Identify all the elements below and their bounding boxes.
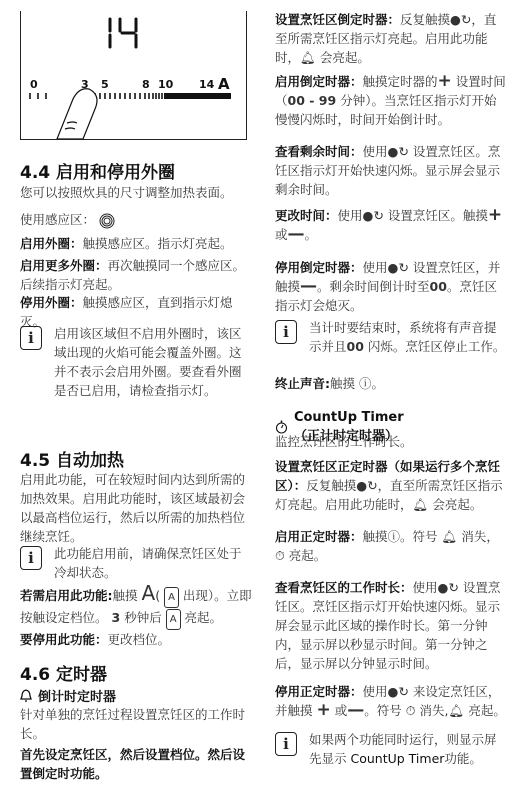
plus-icon: + <box>438 71 452 91</box>
s44-note: i 启用该区域但不启用外圈时，该区域出现的火焰可能会覆盖外圈。这并不表示会启用外… <box>20 324 252 400</box>
auto-heat-indicator-icon: A <box>164 587 179 608</box>
s44-intro: 您可以按照炊具的尺寸调整加热表面。 <box>20 183 252 202</box>
svg-text:10: 10 <box>158 78 174 91</box>
section-4-6-title: 4.6 定时器 <box>20 660 107 685</box>
s46-intro: 针对单独的烹饪过程设置烹饪区的工作时长。 <box>20 705 252 743</box>
info-icon: i <box>275 320 297 344</box>
countup-check: 查看烹饪区的工作时长：使用●↻ 设置烹饪区。烹饪区指示灯开始快速闪烁。显示屏会显… <box>275 578 507 673</box>
minus-icon: — <box>347 700 364 720</box>
zone-select-icon: ●↻ <box>388 144 409 159</box>
svg-text:14: 14 <box>199 78 215 91</box>
s45-note: i 此功能启用前，请确保烹饪区处于冷却状态。 <box>20 544 252 582</box>
bell-icon: 🔔︎ <box>442 529 458 544</box>
check-remaining: 查看剩余时间：使用●↻ 设置烹饪区。烹饪区指示灯开始快速闪烁。显示屏会显示剩余时… <box>275 142 507 199</box>
stopwatch-icon: ⏱︎ <box>275 548 285 563</box>
stop-icon: ⓘ <box>359 376 372 391</box>
stopwatch-icon: ⏱︎ <box>406 703 416 718</box>
s44-enable-outer: 启用外圈：触摸感应区。指示灯亮起。 <box>20 234 252 253</box>
display-illustration: 0 3 5 8 10 14 A <box>21 11 246 139</box>
bell-icon: 🔔︎ <box>448 703 464 718</box>
s45-intro: 启用此功能，可在较短时间内达到所需的加热效果。启用此功能时，该区域最初会以最高档… <box>20 470 252 546</box>
zone-select-icon: ●↻ <box>363 208 384 223</box>
plus-icon: + <box>488 205 502 225</box>
svg-text:5: 5 <box>101 78 109 91</box>
zone-select-icon: ●↻ <box>388 260 409 275</box>
countup-set: 设置烹饪区正定时器（如果运行多个烹饪区）：反复触摸●↻，直至所需烹饪区指示灯亮起… <box>275 457 507 514</box>
section-4-4-title: 4.4 启用和停用外圈 <box>20 158 175 183</box>
s45-enable: 若需启用此功能:触摸 A( A 出现）。立即按触设定档位。 3 秒钟后 A 亮起… <box>20 584 252 630</box>
countdown-subtitle: 倒计时定时器 <box>20 686 116 705</box>
s45-disable: 要停用此功能：更改档位。 <box>20 630 252 649</box>
auto-heat-indicator-icon: A <box>166 609 181 630</box>
svg-text:8: 8 <box>142 78 150 91</box>
svg-text:0: 0 <box>30 78 38 91</box>
zone-select-icon: ●↻ <box>388 684 409 699</box>
bell-icon <box>20 689 32 702</box>
control-panel-display: 0 3 5 8 10 14 A <box>20 11 247 140</box>
set-countdown: 设置烹饪区倒定时器：反复触摸●↻，直至所需烹饪区指示灯亮起。启用此功能时，🔔︎ … <box>275 10 507 67</box>
minus-icon: — <box>300 276 317 296</box>
outer-zone-icon <box>99 213 115 229</box>
zone-select-icon: ●↻ <box>438 580 459 595</box>
s46-bold-note: 首先设定烹饪区，然后设置档位。然后设置倒定时功能。 <box>20 745 252 783</box>
finger-icon <box>57 89 97 139</box>
auto-heat-a-icon: A <box>142 581 156 605</box>
stop-countdown: 停用倒定时器：使用●↻ 设置烹饪区，并触摸—。剩余时间倒计时至00。烹饪区指示灯… <box>275 258 507 315</box>
s44-use-zone: 使用感应区： <box>20 210 252 229</box>
enable-countdown: 启用倒定时器：触摸定时器的+ 设置时间（00 - 99 分钟）。当烹饪区指示灯开… <box>275 72 507 129</box>
countup-enable: 启用正定时器：触摸ⓘ。符号 🔔︎ 消失，⏱︎ 亮起。 <box>275 527 507 565</box>
zone-select-icon: ●↻ <box>356 478 377 493</box>
level-digits <box>110 19 136 47</box>
minus-icon: — <box>288 224 305 244</box>
bell-icon: 🔔︎ <box>413 497 429 512</box>
mute-sound: 终止声音:触摸 ⓘ。 <box>275 374 507 393</box>
svg-text:A: A <box>218 75 230 93</box>
info-icon: i <box>275 732 297 756</box>
countup-stop: 停用正定时器：使用●↻ 来设定烹饪区，并触摸 + 或—。符号 ⏱︎ 消失,🔔︎ … <box>275 682 507 720</box>
zone-select-icon: ●↻ <box>450 12 471 27</box>
countup-note: i 如果两个功能同时运行，则显示屏先显示 CountUp Timer功能。 <box>275 730 507 768</box>
plus-icon: + <box>317 700 331 720</box>
countdown-note: i 当计时要结束时，系统将有声音提示并且00 闪烁。烹饪区停止工作。 <box>275 318 507 356</box>
change-time: 更改时间：使用●↻ 设置烹饪区。触摸+或—。 <box>275 206 507 244</box>
bell-icon: 🔔︎ <box>300 50 316 65</box>
scale-bar <box>164 93 231 99</box>
info-icon: i <box>20 326 42 350</box>
s44-enable-more: 启用更多外圈：再次触摸同一个感应区。后续指示灯亮起。 <box>20 256 252 294</box>
stop-icon: ⓘ <box>388 529 401 544</box>
section-4-5-title: 4.5 自动加热 <box>20 446 124 471</box>
countup-intro: 监控烹饪区的工作时长。 <box>275 432 507 451</box>
info-icon: i <box>20 546 42 570</box>
